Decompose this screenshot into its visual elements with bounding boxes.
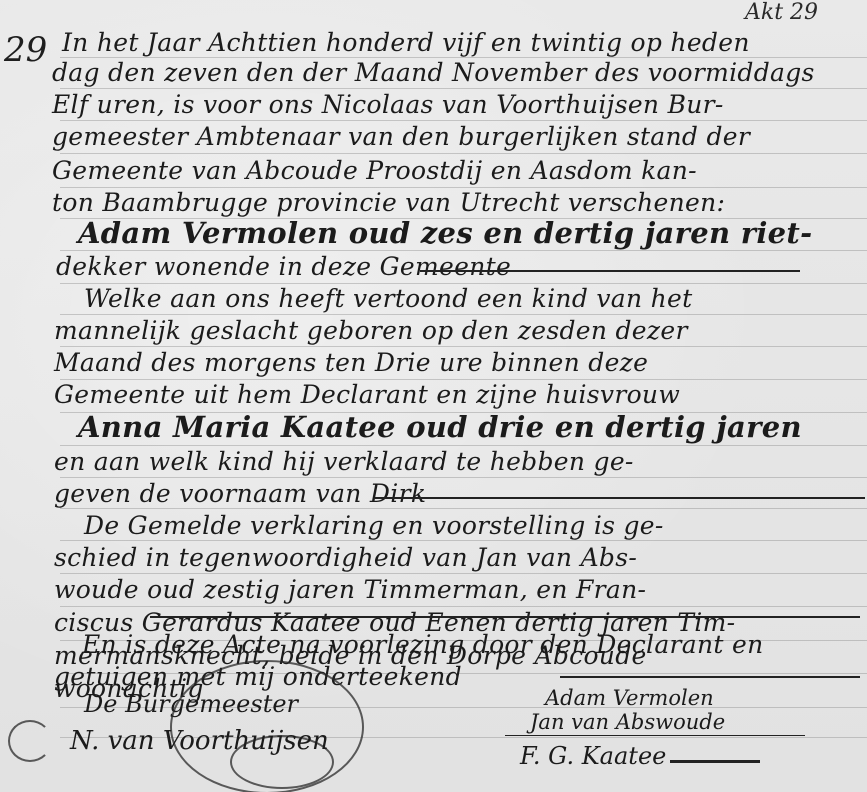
text-line-4: gemeester Ambtenaar van den burgerlijken… xyxy=(52,122,750,151)
filler-stroke xyxy=(560,676,860,678)
ruled-line xyxy=(60,346,867,347)
ruled-line xyxy=(60,477,867,478)
ruled-line xyxy=(60,606,867,607)
signature-underline xyxy=(505,735,805,736)
text-line-9: Welke aan ons heeft vertoond een kind va… xyxy=(84,284,692,313)
text-line-15: geven de voornaam van Dirk xyxy=(54,479,426,508)
margin-record-number: 29 xyxy=(4,30,47,70)
text-line-5: Gemeente van Abcoude Proostdij en Aasdom… xyxy=(52,156,697,185)
text-line-17: schied in tegenwoordigheid van Jan van A… xyxy=(54,543,637,572)
text-line-14: en aan welk kind hij verklaard te hebben… xyxy=(54,447,634,476)
ruled-line xyxy=(60,153,867,154)
ruled-line xyxy=(60,88,867,89)
ruled-line xyxy=(60,445,867,446)
scanned-document-page: 29 Akt 29 In het Jaar Achttien honderd v… xyxy=(0,0,867,792)
text-line-11: Maand des morgens ten Drie ure binnen de… xyxy=(54,348,648,377)
text-line-6: ton Baambrugge provincie van Utrecht ver… xyxy=(52,188,725,217)
text-line-12: Gemeente uit hem Declarant en zijne huis… xyxy=(54,380,680,409)
text-line-2: dag den zeven den der Maand November des… xyxy=(52,58,815,87)
ruled-line xyxy=(60,314,867,315)
filler-stroke xyxy=(420,270,800,272)
mayor-signature: N. van Voorthuijsen xyxy=(70,726,329,756)
ruled-line xyxy=(60,573,867,574)
ruled-line xyxy=(60,540,867,541)
filler-stroke xyxy=(150,616,860,618)
ruled-line xyxy=(60,120,867,121)
ruled-line xyxy=(60,250,867,251)
margin-flourish xyxy=(8,720,52,762)
text-line-10: mannelijk geslacht geboren op den zesden… xyxy=(54,316,688,345)
witness-2-signature: F. G. Kaatee xyxy=(520,742,666,770)
text-line-13: Anna Maria Kaatee oud drie en dertig jar… xyxy=(78,410,802,444)
text-line-1: In het Jaar Achttien honderd vijf en twi… xyxy=(62,28,750,57)
filler-stroke xyxy=(375,497,865,499)
text-line-18: woude oud zestig jaren Timmerman, en Fra… xyxy=(54,575,646,604)
ruled-line xyxy=(60,508,867,509)
text-line-3: Elf uren, is voor ons Nicolaas van Voort… xyxy=(52,90,724,119)
text-line-22: En is deze Acte na voorlezing door den D… xyxy=(82,630,764,659)
act-label: Akt 29 xyxy=(745,0,818,25)
text-line-7: Adam Vermolen oud zes en dertig jaren ri… xyxy=(78,216,812,250)
declarant-signature: Adam Vermolen xyxy=(545,686,714,710)
signature-underline xyxy=(670,760,760,763)
text-line-8: dekker wonende in deze Gemeente xyxy=(56,252,511,281)
text-line-16: De Gemelde verklaring en voorstelling is… xyxy=(84,511,664,540)
witness-1-signature: Jan van Abswoude xyxy=(530,710,725,734)
